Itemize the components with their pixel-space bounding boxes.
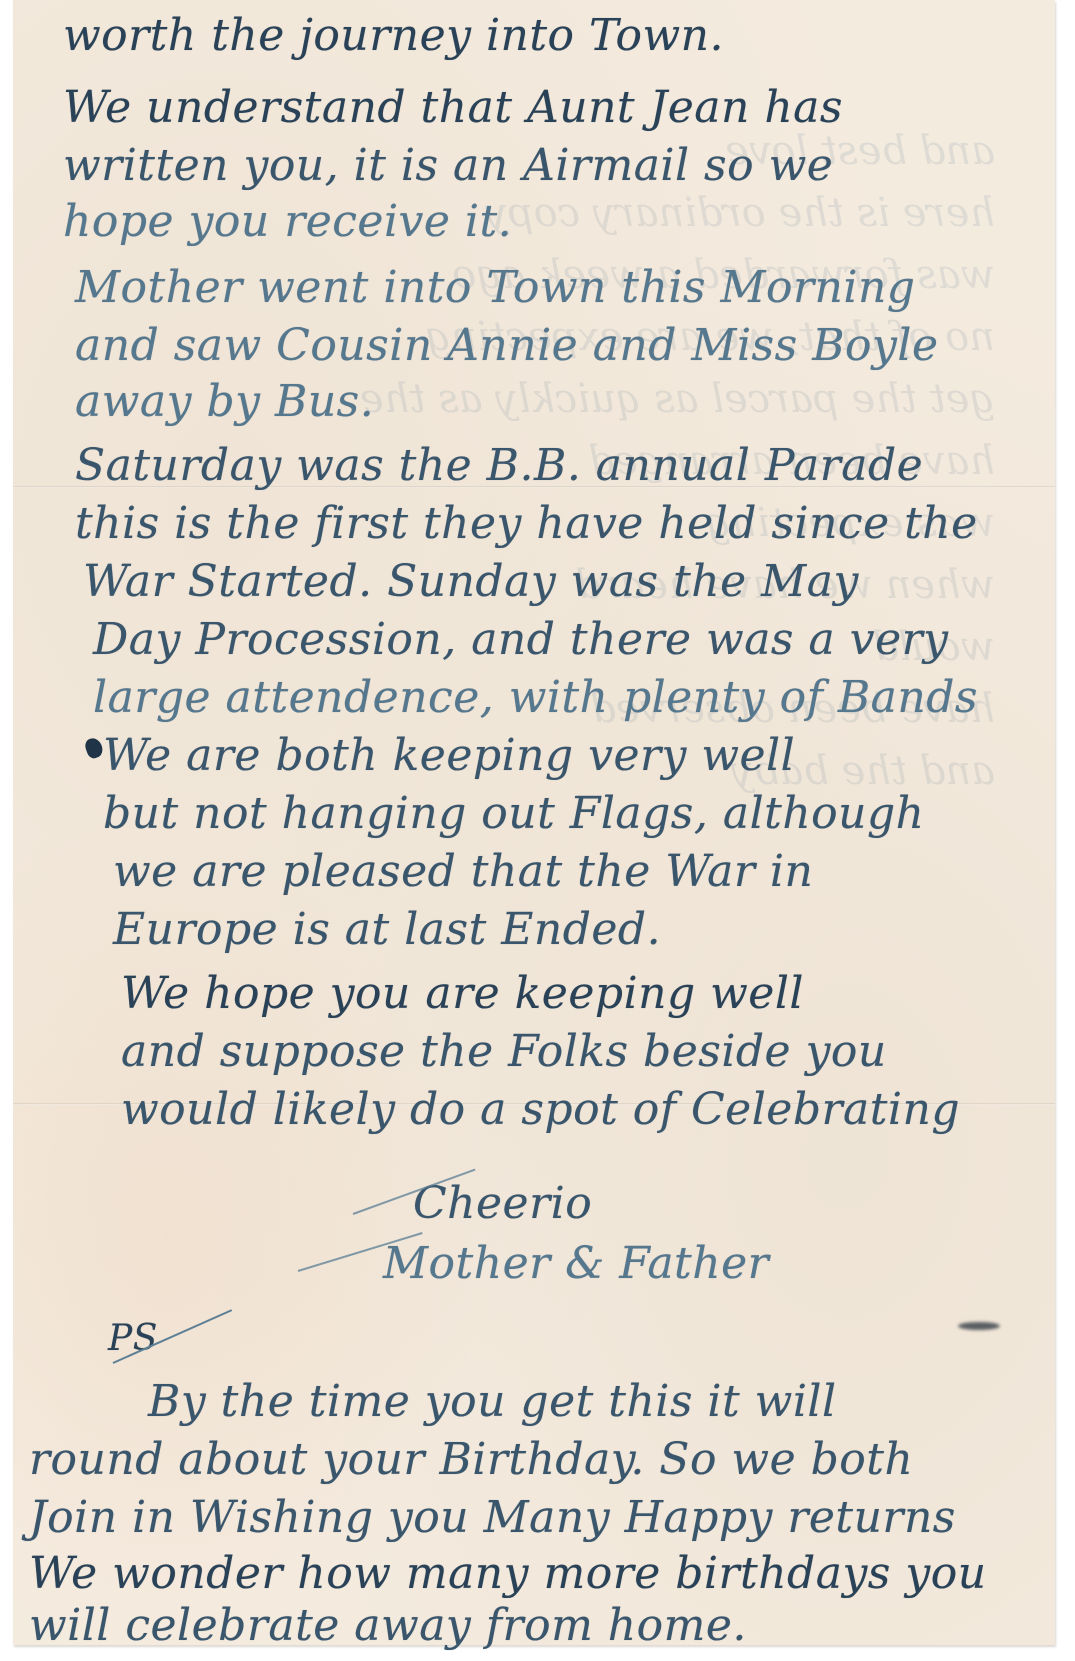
letter-line: We understand that Aunt Jean has	[63, 82, 843, 133]
letter-line: and saw Cousin Annie and Miss Boyle	[75, 320, 939, 371]
closing: Cheerio	[413, 1178, 592, 1229]
postscript-line: By the time you get this it will	[148, 1376, 837, 1427]
letter-line: this is the first they have held since t…	[75, 498, 978, 549]
letter-line: Saturday was the B.B. annual Parade	[75, 440, 923, 491]
letter-line: but not hanging out Flags, although	[103, 788, 925, 839]
ink-smudge	[958, 1322, 1000, 1330]
ink-blot	[83, 736, 105, 760]
letter-line: away by Bus.	[75, 376, 374, 427]
letter-body: worth the journey into Town. We understa…	[13, 0, 1055, 1645]
postscript-line: We wonder how many more birthdays you	[29, 1548, 987, 1599]
letter-line: Mother went into Town this Morning	[75, 262, 915, 313]
postscript-line: round about your Birthday. So we both	[29, 1434, 913, 1485]
letter-line: We hope you are keeping well	[121, 968, 804, 1019]
postscript-line: Join in Wishing you Many Happy returns	[29, 1492, 956, 1543]
letter-line: Europe is at last Ended.	[113, 904, 661, 955]
letter-line: large attendence, with plenty of Bands	[93, 672, 978, 723]
letter-line: hope you receive it.	[63, 196, 512, 247]
letter-line: War Started. Sunday was the May	[83, 556, 859, 607]
letter-page: and best love here is the ordinary copy …	[13, 0, 1055, 1645]
postscript-line: will celebrate away from home.	[29, 1600, 747, 1651]
letter-line: Day Procession, and there was a very	[93, 614, 949, 665]
letter-line: would likely do a spot of Celebrating	[121, 1084, 960, 1135]
letter-line: worth the journey into Town.	[63, 10, 724, 61]
letter-line: We are both keeping very well	[103, 730, 795, 781]
signature: Mother & Father	[383, 1238, 769, 1289]
letter-line: written you, it is an Airmail so we	[63, 140, 833, 191]
letter-line: and suppose the Folks beside you	[121, 1026, 887, 1077]
letter-line: we are pleased that the War in	[113, 846, 813, 897]
